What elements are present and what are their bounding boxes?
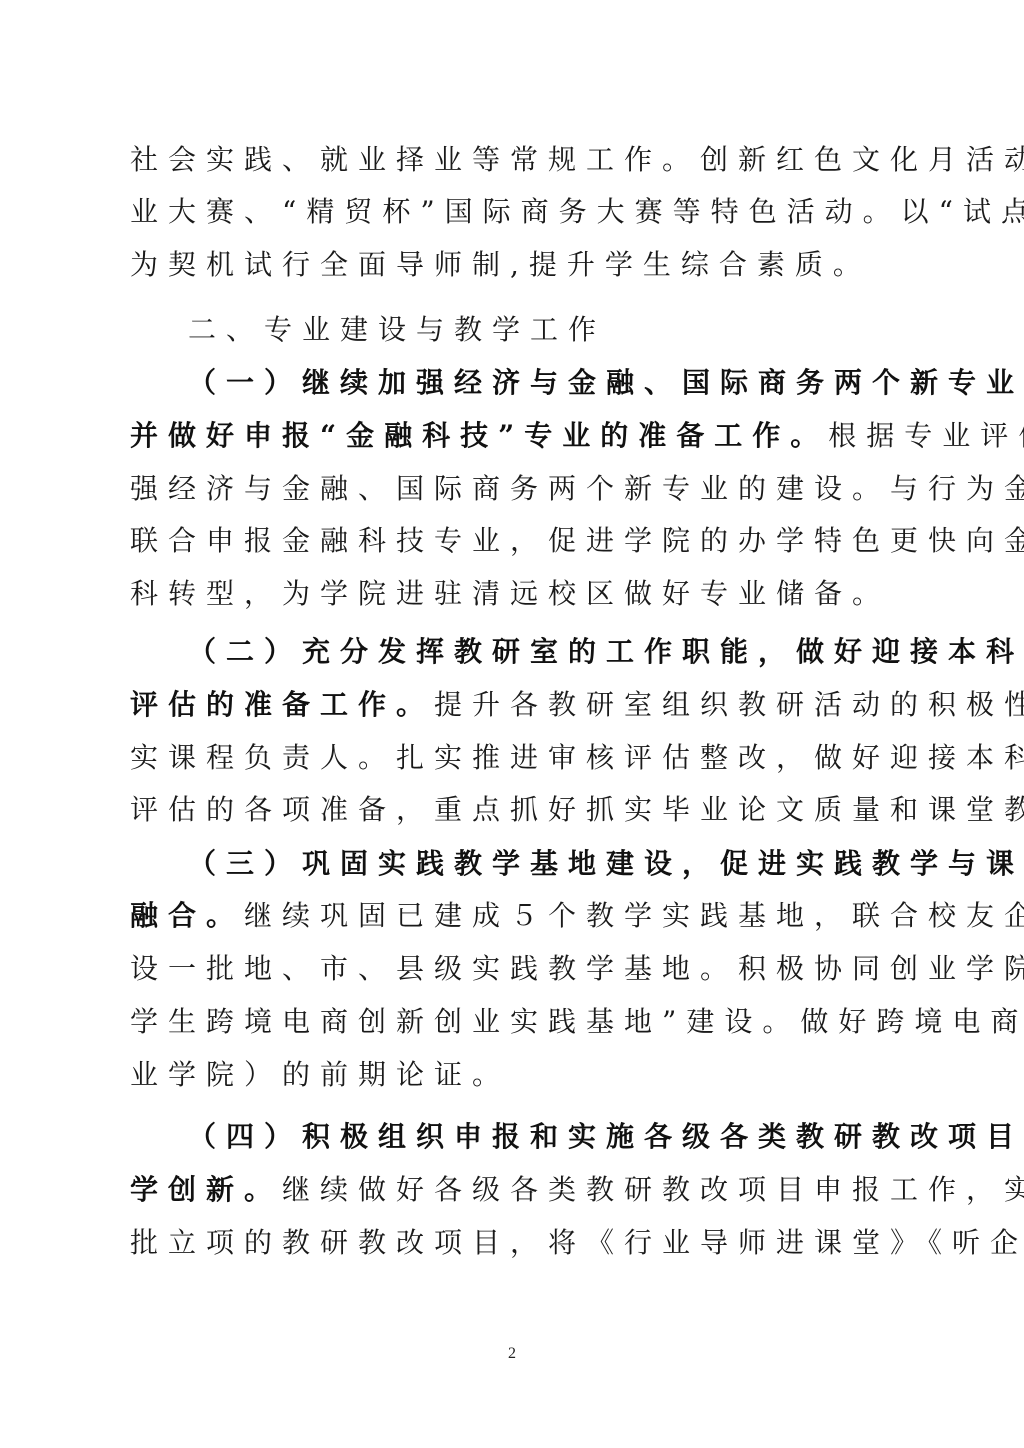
body-text: 设一批地、市、县级实践教学基地。积极协同创业学院推进“大: [130, 952, 1024, 985]
page-number: 2: [0, 1345, 1024, 1363]
text-line: 二、专业建设与教学工作: [188, 310, 900, 350]
body-text: 科转型，为学院进驻清远校区做好专业储备。: [130, 577, 890, 610]
body-text: 社会实践、就业择业等常规工作。创新红色文化月活动、就业创: [130, 143, 1024, 176]
bold-heading-text: 评估的准备工作。: [130, 688, 434, 721]
text-line: 融合。继续巩固已建成５个教学实践基地，联合校友企业推进建: [130, 896, 900, 936]
bold-heading-text: 学创新。: [130, 1173, 282, 1206]
bold-heading-text: （三）巩固实践教学基地建设，促进实践教学与课堂教学的: [188, 847, 1024, 880]
body-text: 继续做好各级各类教研教改项目申报工作，实施好已获: [282, 1173, 1024, 1206]
text-line: 业学院）的前期论证。: [130, 1055, 900, 1095]
text-line: 评估的准备工作。提升各教研室组织教研活动的积极性，切实落: [130, 685, 900, 725]
text-line: 科转型，为学院进驻清远校区做好专业储备。: [130, 574, 900, 614]
text-line: 评估的各项准备，重点抓好抓实毕业论文质量和课堂教学质量。: [130, 790, 900, 830]
text-line: （二）充分发挥教研室的工作职能，做好迎接本科教学审核: [188, 632, 900, 672]
bold-heading-text: （四）积极组织申报和实施各级各类教研教改项目，加大教: [188, 1120, 1024, 1153]
body-text: 提升各教研室组织教研活动的积极性，切实落: [434, 688, 1024, 721]
text-line: 学创新。继续做好各级各类教研教改项目申报工作，实施好已获: [130, 1170, 900, 1210]
bold-heading-text: （一）继续加强经济与金融、国际商务两个新专业的建设，: [188, 366, 1024, 399]
text-line: 设一批地、市、县级实践教学基地。积极协同创业学院推进“大: [130, 949, 900, 989]
body-text: 学生跨境电商创新创业实践基地”建设。做好跨境电商学院（产: [130, 1005, 1024, 1038]
body-text: 批立项的教研教改项目，将《行业导师进课堂》《听企业家讲经: [130, 1226, 1024, 1259]
text-line: （四）积极组织申报和实施各级各类教研教改项目，加大教: [188, 1117, 900, 1157]
body-text: 根据专业评估标准加: [828, 419, 1024, 452]
text-line: 批立项的教研教改项目，将《行业导师进课堂》《听企业家讲经: [130, 1223, 900, 1263]
body-text: 强经济与金融、国际商务两个新专业的建设。与行为金融实验室: [130, 472, 1024, 505]
text-line: （三）巩固实践教学基地建设，促进实践教学与课堂教学的: [188, 844, 900, 884]
text-line: 并做好申报“金融科技”专业的准备工作。根据专业评估标准加: [130, 416, 900, 456]
body-text: 业学院）的前期论证。: [130, 1058, 510, 1091]
text-line: 强经济与金融、国际商务两个新专业的建设。与行为金融实验室: [130, 469, 900, 509]
bold-heading-text: （二）充分发挥教研室的工作职能，做好迎接本科教学审核: [188, 635, 1024, 668]
text-line: 实课程负责人。扎实推进审核评估整改，做好迎接本科教学审核: [130, 738, 900, 778]
body-text: 业大赛、“精贸杯”国际商务大赛等特色活动。以“试点学院”: [130, 195, 1024, 228]
text-line: 业大赛、“精贸杯”国际商务大赛等特色活动。以“试点学院”: [130, 192, 900, 232]
document-page: 社会实践、就业择业等常规工作。创新红色文化月活动、就业创业大赛、“精贸杯”国际商…: [0, 0, 1024, 1448]
text-line: 社会实践、就业择业等常规工作。创新红色文化月活动、就业创: [130, 140, 900, 180]
body-text: 实课程负责人。扎实推进审核评估整改，做好迎接本科教学审核: [130, 741, 1024, 774]
text-line: 学生跨境电商创新创业实践基地”建设。做好跨境电商学院（产: [130, 1002, 900, 1042]
body-text: 评估的各项准备，重点抓好抓实毕业论文质量和课堂教学质量。: [130, 793, 1024, 826]
bold-heading-text: 融合。: [130, 899, 244, 932]
body-text: 二、专业建设与教学工作: [188, 313, 606, 346]
text-line: 为契机试行全面导师制,提升学生综合素质。: [130, 245, 900, 285]
bold-heading-text: 并做好申报“金融科技”专业的准备工作。: [130, 419, 828, 452]
body-text: 继续巩固已建成５个教学实践基地，联合校友企业推进建: [244, 899, 1024, 932]
text-line: 联合申报金融科技专业，促进学院的办学特色更快向金融优势学: [130, 521, 900, 561]
body-text: 联合申报金融科技专业，促进学院的办学特色更快向金融优势学: [130, 524, 1024, 557]
text-line: （一）继续加强经济与金融、国际商务两个新专业的建设，: [188, 363, 900, 403]
body-text: 为契机试行全面导师制,提升学生综合素质。: [130, 248, 871, 281]
